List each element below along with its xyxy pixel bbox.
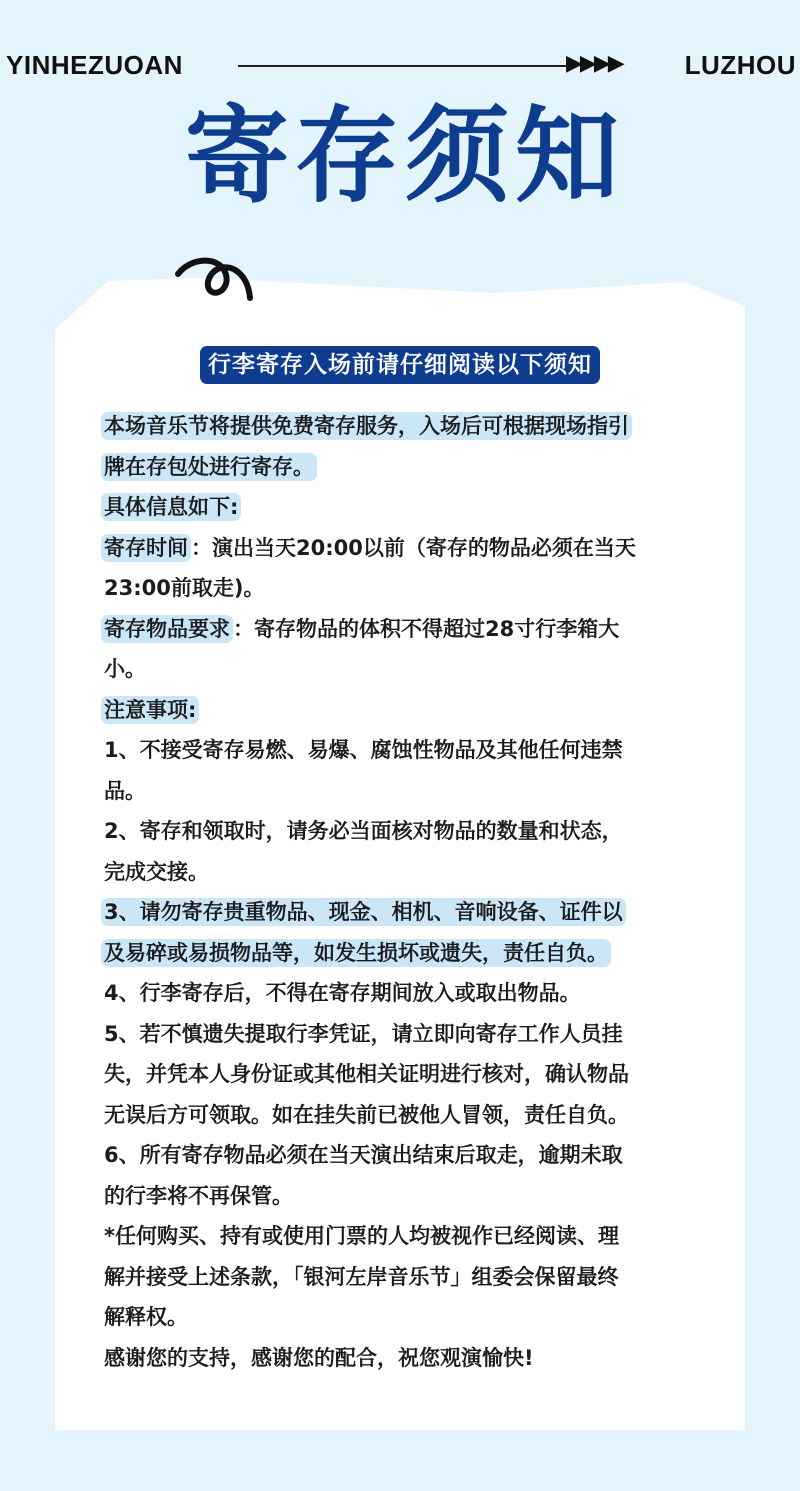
disclaimer-line: 解释权。 xyxy=(104,1297,704,1338)
note-line: 的行李将不再保管。 xyxy=(104,1176,704,1217)
notes-heading: 注意事项: xyxy=(104,690,704,731)
note-line: 及易碎或易损物品等，如发生损坏或遗失，责任自负。 xyxy=(104,933,704,974)
highlight: 牌在存包处进行寄存。 xyxy=(101,453,317,481)
highlight: 本场音乐节将提供免费寄存服务，入场后可根据现场指引 xyxy=(101,412,632,440)
intro-line: 牌在存包处进行寄存。 xyxy=(104,447,704,488)
note-line: 失，并凭本人身份证或其他相关证明进行核对，确认物品 xyxy=(104,1054,704,1095)
storage-time-line: 23:00前取走)。 xyxy=(104,568,704,609)
item-requirement-line: 小。 xyxy=(104,649,704,690)
note-line: 品。 xyxy=(104,771,704,812)
storage-time-text: 23:00前取走)。 xyxy=(104,576,264,600)
highlight: 3、请勿寄存贵重物品、现金、相机、音响设备、证件以 xyxy=(101,898,626,926)
highlight: 具体信息如下: xyxy=(101,493,241,521)
note-line: 完成交接。 xyxy=(104,852,704,893)
note-line: 无误后方可领取。如在挂失前已被他人冒领，责任自负。 xyxy=(104,1095,704,1136)
note-line: 4、行李寄存后，不得在寄存期间放入或取出物品。 xyxy=(104,973,704,1014)
intro-line: 本场音乐节将提供免费寄存服务，入场后可根据现场指引 xyxy=(104,406,704,447)
storage-time-line: 寄存时间：演出当天20:00以前（寄存的物品必须在当天 xyxy=(104,528,704,569)
details-heading: 具体信息如下: xyxy=(104,487,704,528)
item-requirement-label: 寄存物品要求 xyxy=(101,615,233,643)
item-requirement-line: 寄存物品要求：寄存物品的体积不得超过28寸行李箱大 xyxy=(104,609,704,650)
notice-content: 本场音乐节将提供免费寄存服务，入场后可根据现场指引 牌在存包处进行寄存。 具体信… xyxy=(104,406,704,1378)
disclaimer-line: 解并接受上述条款，「银河左岸音乐节」组委会保留最终 xyxy=(104,1257,704,1298)
thanks-line: 感谢您的支持，感谢您的配合，祝您观演愉快! xyxy=(104,1338,704,1379)
note-line: 6、所有寄存物品必须在当天演出结束后取走，逾期未取 xyxy=(104,1135,704,1176)
subtitle-badge: 行李寄存入场前请仔细阅读以下须知 xyxy=(200,346,600,384)
item-requirement-text: ：寄存物品的体积不得超过28寸行李箱大 xyxy=(233,617,619,641)
subtitle-container: 行李寄存入场前请仔细阅读以下须知 xyxy=(0,346,800,384)
highlight: 注意事项: xyxy=(101,696,199,724)
note-line: 3、请勿寄存贵重物品、现金、相机、音响设备、证件以 xyxy=(104,892,704,933)
note-line: 2、寄存和领取时，请务必当面核对物品的数量和状态， xyxy=(104,811,704,852)
note-line: 1、不接受寄存易燃、易爆、腐蚀性物品及其他任何违禁 xyxy=(104,730,704,771)
storage-time-text: ：演出当天20:00以前（寄存的物品必须在当天 xyxy=(191,536,636,560)
disclaimer-line: *任何购买、持有或使用门票的人均被视作已经阅读、理 xyxy=(104,1216,704,1257)
squiggle-icon xyxy=(172,252,262,310)
item-requirement-text: 小。 xyxy=(104,657,146,681)
highlight: 及易碎或易损物品等，如发生损坏或遗失，责任自负。 xyxy=(101,939,611,967)
note-line: 5、若不慎遗失提取行李凭证，请立即向寄存工作人员挂 xyxy=(104,1014,704,1055)
storage-time-label: 寄存时间 xyxy=(101,534,191,562)
